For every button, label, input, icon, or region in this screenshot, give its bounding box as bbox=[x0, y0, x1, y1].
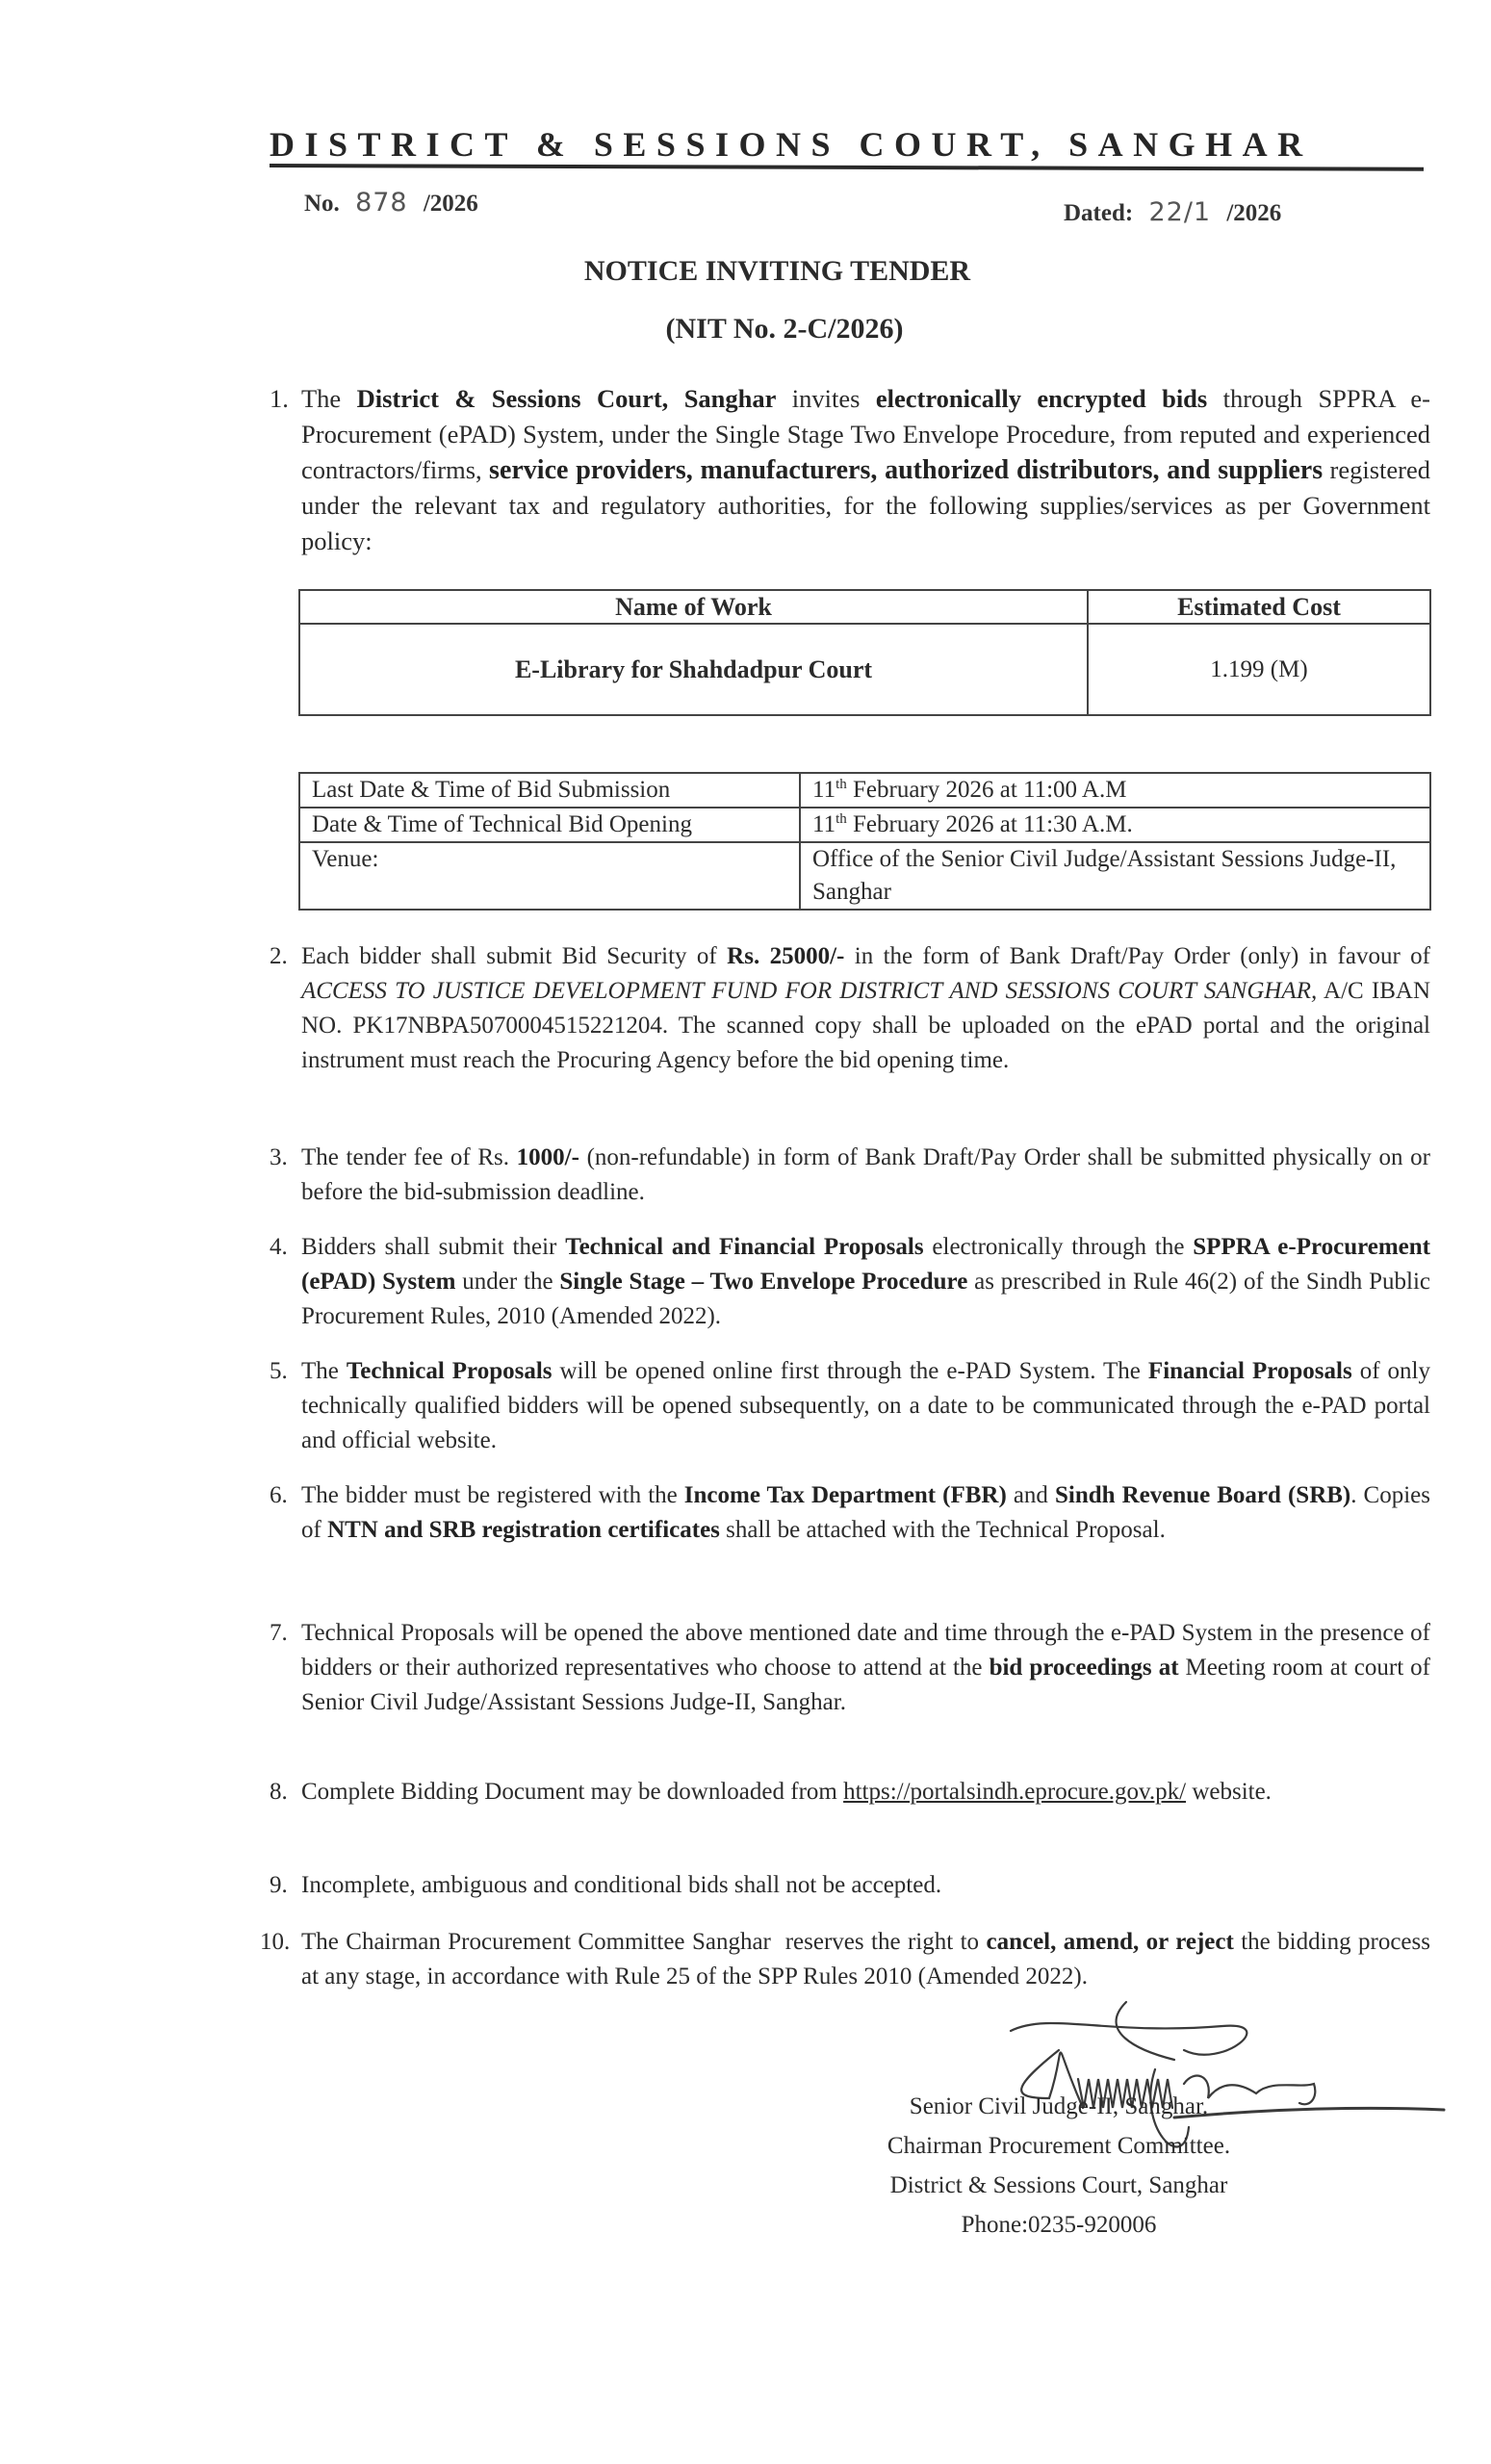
italic-text: ACCESS TO JUSTICE DEVELOPMENT FUND FOR D… bbox=[301, 978, 1317, 1004]
reference-number: No. 878 /2026 bbox=[304, 188, 478, 218]
text: The Chairman Procurement Committee Sangh… bbox=[301, 1929, 986, 1955]
clause-text: The District & Sessions Court, Sanghar i… bbox=[301, 381, 1430, 559]
bold-text: Financial Proposals bbox=[1148, 1358, 1352, 1384]
text: will be opened online first through the … bbox=[553, 1358, 1148, 1384]
signatory-phone: Phone:0235-920006 bbox=[847, 2205, 1271, 2245]
clause-text: Technical Proposals will be opened the a… bbox=[301, 1616, 1430, 1720]
header-estimated-cost: Estimated Cost bbox=[1088, 590, 1430, 624]
text: website. bbox=[1186, 1779, 1272, 1805]
work-name: E-Library for Shahdadpur Court bbox=[299, 624, 1088, 715]
text: Bidders shall submit their bbox=[301, 1234, 565, 1260]
dated-year: /2026 bbox=[1226, 200, 1281, 226]
clause-number: 5. bbox=[270, 1354, 288, 1389]
text: and bbox=[1007, 1482, 1055, 1508]
clause-number: 9. bbox=[270, 1868, 288, 1903]
clause-text: The bidder must be registered with the I… bbox=[301, 1478, 1430, 1548]
clause-text: Complete Bidding Document may be downloa… bbox=[301, 1775, 1430, 1809]
text: invites bbox=[776, 384, 875, 413]
clause-7: 7. Technical Proposals will be opened th… bbox=[270, 1616, 1430, 1720]
bold-text: NTN and SRB registration certificates bbox=[327, 1517, 720, 1543]
date-line: Dated: 22/1 /2026 bbox=[1064, 197, 1281, 227]
text: in the form of Bank Draft/Pay Order (onl… bbox=[844, 943, 1430, 969]
clause-4: 4. Bidders shall submit their Technical … bbox=[270, 1230, 1430, 1334]
clause-6: 6. The bidder must be registered with th… bbox=[270, 1478, 1430, 1548]
schedule-value: Office of the Senior Civil Judge/Assista… bbox=[800, 842, 1430, 910]
table-row: Last Date & Time of Bid Submission 11th … bbox=[299, 773, 1430, 808]
dated-handwritten: 22/1 bbox=[1148, 197, 1211, 227]
signatory-office: District & Sessions Court, Sanghar bbox=[847, 2166, 1271, 2205]
clause-number: 2. bbox=[270, 939, 288, 974]
clause-number: 10. bbox=[260, 1925, 290, 1960]
ordinal: th bbox=[835, 777, 847, 792]
schedule-label: Venue: bbox=[299, 842, 800, 910]
text: Each bidder shall submit Bid Security of bbox=[301, 943, 727, 969]
clause-number: 8. bbox=[270, 1775, 288, 1809]
schedule-label: Last Date & Time of Bid Submission bbox=[299, 773, 800, 808]
text: Incomplete, ambiguous and conditional bi… bbox=[301, 1872, 941, 1898]
table-row: Date & Time of Technical Bid Opening 11t… bbox=[299, 808, 1430, 842]
text: shall be attached with the Technical Pro… bbox=[720, 1517, 1166, 1543]
clause-text: The Technical Proposals will be opened o… bbox=[301, 1354, 1430, 1458]
text: The bbox=[301, 1358, 347, 1384]
bold-text: electronically encrypted bids bbox=[876, 384, 1207, 413]
value: February 2026 at 11:30 A.M. bbox=[847, 811, 1133, 837]
clause-text: The tender fee of Rs. 1000/- (non-refund… bbox=[301, 1141, 1430, 1210]
clause-text: Each bidder shall submit Bid Security of… bbox=[301, 939, 1430, 1078]
clause-10: 10. The Chairman Procurement Committee S… bbox=[260, 1925, 1430, 1994]
clause-number: 4. bbox=[270, 1230, 288, 1265]
bold-text: 1000/- bbox=[517, 1144, 579, 1170]
clause-2: 2. Each bidder shall submit Bid Security… bbox=[270, 939, 1430, 1078]
bold-text: Sindh Revenue Board (SRB) bbox=[1055, 1482, 1350, 1508]
clause-text: Bidders shall submit their Technical and… bbox=[301, 1230, 1430, 1334]
ref-prefix: No. bbox=[304, 191, 340, 217]
text: The bidder must be registered with the bbox=[301, 1482, 684, 1508]
bold-text: Rs. 25000/- bbox=[727, 943, 844, 969]
court-title: DISTRICT & SESSIONS COURT, SANGHAR bbox=[270, 123, 1425, 166]
day: 11 bbox=[812, 777, 835, 803]
ref-year: /2026 bbox=[424, 191, 478, 217]
ordinal: th bbox=[835, 811, 847, 827]
bold-text: cancel, amend, or reject bbox=[986, 1929, 1233, 1955]
text: The tender fee of Rs. bbox=[301, 1144, 517, 1170]
schedule-label: Date & Time of Technical Bid Opening bbox=[299, 808, 800, 842]
value: February 2026 at 11:00 A.M bbox=[847, 777, 1127, 803]
clause-5: 5. The Technical Proposals will be opene… bbox=[270, 1354, 1430, 1458]
work-table: Name of Work Estimated Cost E-Library fo… bbox=[298, 589, 1431, 716]
table-row: Venue: Office of the Senior Civil Judge/… bbox=[299, 842, 1430, 910]
clause-text: The Chairman Procurement Committee Sangh… bbox=[301, 1925, 1430, 1994]
bold-text: bid proceedings at bbox=[990, 1655, 1179, 1681]
clause-number: 6. bbox=[270, 1478, 288, 1513]
notice-title: NOTICE INVITING TENDER bbox=[0, 255, 1491, 288]
clause-text: Incomplete, ambiguous and conditional bi… bbox=[301, 1868, 1430, 1903]
day: 11 bbox=[812, 811, 835, 837]
schedule-value: 11th February 2026 at 11:00 A.M bbox=[800, 773, 1430, 808]
bold-text: District & Sessions Court, Sanghar bbox=[357, 384, 777, 413]
clause-number: 3. bbox=[270, 1141, 288, 1175]
clause-9: 9. Incomplete, ambiguous and conditional… bbox=[270, 1868, 1430, 1903]
clause-8: 8. Complete Bidding Document may be down… bbox=[270, 1775, 1430, 1809]
signatory-designation: Senior Civil Judge-II, Sanghar. bbox=[847, 2087, 1271, 2126]
bidding-document-link[interactable]: https://portalsindh.eprocure.gov.pk/ bbox=[843, 1779, 1186, 1805]
text: electronically through the bbox=[924, 1234, 1194, 1260]
ref-number-handwritten: 878 bbox=[355, 188, 408, 218]
table-row: E-Library for Shahdadpur Court 1.199 (M) bbox=[299, 624, 1430, 715]
clause-number: 7. bbox=[270, 1616, 288, 1651]
dated-label: Dated: bbox=[1064, 200, 1133, 226]
bold-text: Income Tax Department (FBR) bbox=[684, 1482, 1007, 1508]
text: Complete Bidding Document may be downloa… bbox=[301, 1779, 843, 1805]
nit-number: (NIT No. 2-C/2026) bbox=[0, 313, 1491, 346]
bold-text: service providers, manufacturers, author… bbox=[489, 455, 1323, 485]
clause-1: 1. The District & Sessions Court, Sangha… bbox=[270, 381, 1430, 559]
schedule-value: 11th February 2026 at 11:30 A.M. bbox=[800, 808, 1430, 842]
text: The bbox=[301, 384, 357, 413]
clause-number: 1. bbox=[270, 381, 289, 417]
bold-text: Technical and Financial Proposals bbox=[565, 1234, 923, 1260]
work-cost: 1.199 (M) bbox=[1088, 624, 1430, 715]
bold-text: Single Stage – Two Envelope Procedure bbox=[559, 1269, 967, 1295]
bold-text: Technical Proposals bbox=[347, 1358, 553, 1384]
clause-3: 3. The tender fee of Rs. 1000/- (non-ref… bbox=[270, 1141, 1430, 1210]
text: under the bbox=[455, 1269, 559, 1295]
signatory-committee: Chairman Procurement Committee. bbox=[847, 2126, 1271, 2166]
header-name-of-work: Name of Work bbox=[299, 590, 1088, 624]
schedule-table: Last Date & Time of Bid Submission 11th … bbox=[298, 772, 1431, 911]
